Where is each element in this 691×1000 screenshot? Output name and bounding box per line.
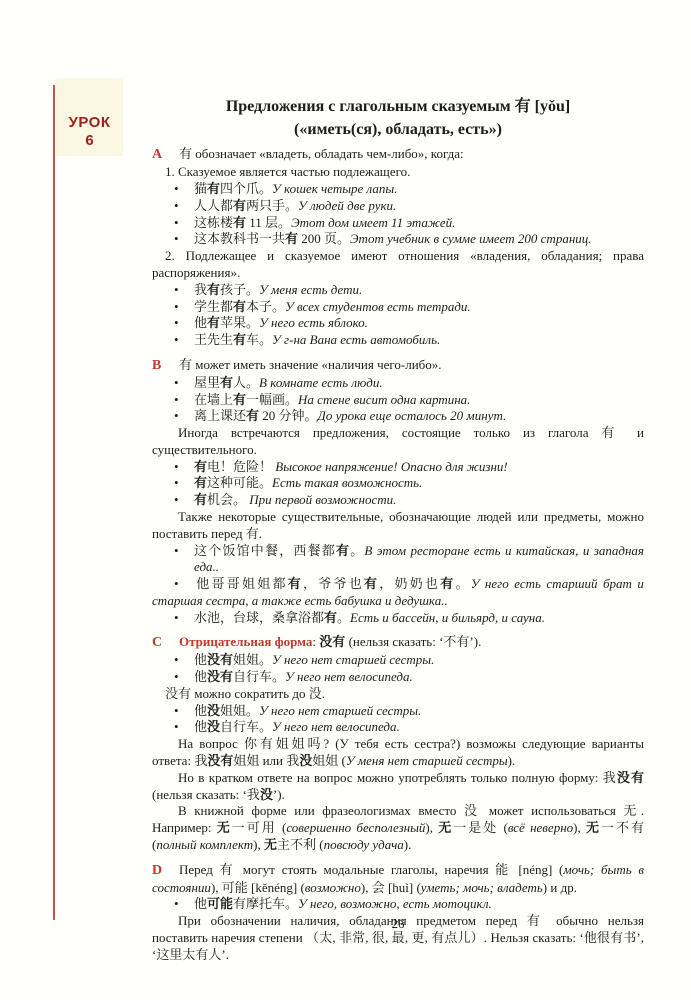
paragraph: Иногда встречаются предложения, состоящи… — [152, 425, 644, 459]
bullet-icon: • — [174, 576, 194, 593]
text-segment: ) и др. — [543, 880, 577, 895]
text-segment: 姐姐。 — [233, 652, 272, 667]
text-segment: 1. Сказуемое является частью подлежащего… — [165, 164, 410, 179]
example-bullet-item: •王先生有车。У г-на Вана есть автомобиль. — [152, 332, 644, 349]
text-segment: 这本教科书一共 — [194, 231, 285, 246]
text-segment: У него нет велосипеда. — [272, 719, 400, 734]
text-segment: 2. Подлежащее и сказуемое имеют отношени… — [152, 248, 644, 280]
text-segment: Этот дом имеет 11 этажей. — [291, 215, 455, 230]
text-segment: У него, возможно, есть мотоцикл. — [298, 896, 492, 911]
bullet-icon: • — [174, 181, 179, 198]
text-segment: 有 — [246, 408, 259, 423]
text-segment: 一可用 ( — [232, 820, 287, 835]
section-letter: D — [152, 862, 179, 880]
text-segment: В комнате есть люди. — [259, 375, 383, 390]
text-segment: У г-на Вана есть автомобиль. — [272, 332, 440, 347]
text-segment: 有 — [207, 315, 220, 330]
text-segment: 一是处 ( — [453, 820, 508, 835]
text-segment: 没有 можно сократить до 没. — [165, 686, 325, 701]
text-segment: 他 — [194, 315, 207, 330]
bullet-icon: • — [174, 459, 179, 476]
text-segment: 有 — [233, 215, 246, 230]
text-segment: ), — [253, 837, 264, 852]
page-title-line1: Предложения с глагольным сказуемым 有 [yǒ… — [226, 98, 570, 115]
example-bullet-item: •猫有四个爪。У кошек четыре лапы. — [152, 181, 644, 198]
text-segment: 有 — [207, 282, 220, 297]
lesson-label: УРОК — [69, 114, 111, 131]
lesson-tab: УРОК 6 — [56, 78, 123, 156]
bullet-icon: • — [174, 492, 179, 509]
example-bullet-item: •屋里有人。В комнате есть люди. — [152, 375, 644, 392]
example-bullet-item: •这本教科书一共有 200 页。Этот учебник в сумме име… — [152, 231, 644, 248]
text-segment: повсюду удача — [324, 837, 404, 852]
section-header-B: B有 может иметь значение «наличия чего-ли… — [152, 357, 644, 375]
text-segment: полный комплект — [156, 837, 253, 852]
text-segment: 自行车。 — [233, 669, 285, 684]
bullet-icon: • — [174, 475, 179, 492]
text-segment: У людей две руки. — [298, 198, 396, 213]
text-segment: 在墙上 — [194, 392, 233, 407]
text-segment: Есть и бассейн, и бильярд, и сауна. — [350, 610, 545, 625]
text-segment: 人。 — [233, 375, 259, 390]
bullet-icon: • — [174, 543, 179, 560]
text-segment: 水池，台球，桑拿浴都 — [194, 610, 324, 625]
bullet-icon: • — [174, 198, 179, 215]
text-segment: 他 — [194, 652, 207, 667]
text-segment: Отрицательная форма — [179, 634, 312, 649]
text-segment: 机会。 — [207, 492, 249, 507]
text-segment: 这栋楼 — [194, 215, 233, 230]
text-segment: 有 — [207, 181, 220, 196]
text-segment: 没有 — [207, 669, 233, 684]
text-segment: 有 — [233, 198, 246, 213]
text-segment: 离上课还 — [194, 408, 246, 423]
text-segment: 可能 — [207, 896, 233, 911]
text-segment: 有 — [440, 576, 455, 591]
text-segment: Но в кратком ответе на вопрос можно упот… — [178, 770, 617, 785]
text-segment: 他 — [194, 719, 207, 734]
example-bullet-item: •我有孩子。У меня есть дети. — [152, 282, 644, 299]
bullet-icon: • — [174, 703, 179, 720]
text-segment: 两只手。 — [246, 198, 298, 213]
text-segment: У всех студентов есть тетради. — [285, 299, 471, 314]
example-bullet-item: •在墙上有一幅画。На стене висит одна картина. — [152, 392, 644, 409]
text-segment: Перед 有 могут стоять модальные глаголы, … — [179, 862, 563, 877]
text-segment: 有 — [285, 231, 298, 246]
example-bullet-item: •他没有自行车。У него нет велосипеда. — [152, 669, 644, 686]
page-content: Предложения с глагольным сказуемым 有 [yǒ… — [152, 95, 644, 963]
text-segment: 无 — [264, 837, 277, 852]
bullet-icon: • — [174, 282, 179, 299]
text-segment: 有 — [336, 543, 350, 558]
text-segment: 没 — [260, 787, 273, 802]
text-segment: У меня есть дети. — [259, 282, 362, 297]
text-segment: 一幅画。 — [246, 392, 298, 407]
text-segment: 王先生 — [194, 332, 233, 347]
page-number: 26 — [152, 916, 644, 932]
bullet-icon: • — [174, 315, 179, 332]
text-segment: 有 — [233, 392, 246, 407]
text-segment: До урока еще осталось 20 минут. — [318, 408, 507, 423]
example-bullet-item: •这个饭馆中餐，西餐都有。В этом ресторане есть и кит… — [152, 543, 644, 577]
text-segment: 他 — [194, 896, 207, 911]
text-segment: 姐姐 или 我 — [233, 753, 299, 768]
text-segment: 车。 — [246, 332, 272, 347]
page-title: Предложения с глагольным сказуемым 有 [yǒ… — [152, 95, 644, 141]
text-segment: 。 — [455, 576, 470, 591]
bullet-icon: • — [174, 332, 179, 349]
example-bullet-item: •他可能有摩托车。У него, возможно, есть мотоцикл… — [152, 896, 644, 913]
text-segment: 没有 — [319, 634, 345, 649]
text-segment: 有 — [288, 576, 303, 591]
text-segment: возможно — [305, 880, 361, 895]
text-segment: 这种可能。 — [207, 475, 272, 490]
text-segment: 本子。 — [246, 299, 285, 314]
text-segment: 猫 — [194, 181, 207, 196]
text-segment: 有 — [194, 459, 207, 474]
text-segment: всё неверно — [508, 820, 573, 835]
bullet-icon: • — [174, 610, 179, 627]
text-segment: При первой возможности. — [249, 492, 396, 507]
text-segment: У меня нет старшей сестры — [346, 753, 508, 768]
text-segment: 有 — [233, 299, 246, 314]
text-segment: Есть такая возможность. — [272, 475, 422, 490]
example-bullet-item: •他有苹果。У него есть яблоко. — [152, 315, 644, 332]
paragraph: Но в кратком ответе на вопрос можно упот… — [152, 770, 644, 804]
section-header-D: DПеред 有 могут стоять модальные глаголы,… — [152, 862, 644, 897]
paragraph: Также некоторые существительные, обознач… — [152, 509, 644, 543]
example-bullet-item: •有机会。 При первой возможности. — [152, 492, 644, 509]
text-segment: 有 — [194, 475, 207, 490]
text-segment: ), 会 [huì] ( — [361, 880, 421, 895]
bullet-icon: • — [174, 669, 179, 686]
text-segment: 无 — [438, 820, 453, 835]
text-segment: ), — [573, 820, 586, 835]
text-segment: 。 — [350, 543, 364, 558]
bullet-icon: • — [174, 375, 179, 392]
text-segment: 姐姐。 — [220, 703, 259, 718]
bullet-icon: • — [174, 719, 179, 736]
bullet-icon: • — [174, 896, 179, 913]
lesson-number: 6 — [85, 132, 93, 149]
text-segment: 姐姐 ( — [312, 753, 346, 768]
text-segment: совершенно бесполезный — [286, 820, 425, 835]
paragraph: 1. Сказуемое является частью подлежащего… — [152, 164, 644, 181]
text-segment: 他 — [194, 703, 207, 718]
text-segment: ，爷爷也 — [303, 576, 364, 591]
text-segment: У него есть яблоко. — [259, 315, 368, 330]
text-segment: Иногда встречаются предложения, состоящи… — [152, 425, 644, 457]
text-segment: Также некоторые существительные, обознач… — [152, 509, 644, 541]
lesson-text-blocks: A有 обозначает «владеть, обладать чем-либ… — [152, 146, 644, 963]
text-segment: 有 — [233, 332, 246, 347]
section-letter: B — [152, 357, 179, 375]
text-segment: 200 页。 — [298, 231, 350, 246]
text-segment: У него нет старшей сестры. — [259, 703, 421, 718]
text-segment: Этот учебник в сумме имеет 200 страниц. — [350, 231, 591, 246]
text-segment: 自行车。 — [220, 719, 272, 734]
text-segment: 有 может иметь значение «наличия чего-либ… — [179, 357, 442, 372]
example-bullet-item: •有电！危险！ Высокое напряжение! Опасно для ж… — [152, 459, 644, 476]
text-segment: 没 — [207, 719, 220, 734]
text-segment: 没有 — [207, 753, 233, 768]
example-bullet-item: •水池，台球，桑拿浴都有。Есть и бассейн, и бильярд, … — [152, 610, 644, 627]
page-title-line2: («иметь(ся), обладать, есть») — [294, 121, 502, 138]
text-segment: 四个爪。 — [220, 181, 272, 196]
example-bullet-item: •这栋楼有 11 层。Этот дом имеет 11 этажей. — [152, 215, 644, 232]
text-segment: уметь; мочь; владеть — [421, 880, 543, 895]
text-segment: 孩子。 — [220, 282, 259, 297]
paragraph: 没有 можно сократить до 没. — [152, 686, 644, 703]
example-bullet-item: •有这种可能。Есть такая возможность. — [152, 475, 644, 492]
text-segment: 人人都 — [194, 198, 233, 213]
text-segment: На стене висит одна картина. — [298, 392, 470, 407]
example-bullet-item: •他哥哥姐姐都有，爷爷也有，奶奶也有。У него есть старший б… — [152, 576, 644, 610]
bullet-icon: • — [174, 392, 179, 409]
text-segment: У кошек четыре лапы. — [272, 181, 397, 196]
text-segment: ’). — [273, 787, 285, 802]
example-bullet-item: •人人都有两只手。У людей две руки. — [152, 198, 644, 215]
text-segment: 没有 — [617, 770, 644, 785]
paragraph: На вопрос 你有姐姐吗? (У тебя есть сестра?) в… — [152, 736, 644, 770]
text-segment: 无 — [217, 820, 232, 835]
textbook-page: УРОК 6 Предложения с глагольным сказуемы… — [0, 0, 691, 1000]
text-segment: Высокое напряжение! Опасно для жизни! — [275, 459, 507, 474]
section-header-A: A有 обозначает «владеть, обладать чем-либ… — [152, 146, 644, 164]
text-segment: 有 — [324, 610, 337, 625]
example-bullet-item: •他没有姐姐。У него нет старшей сестры. — [152, 652, 644, 669]
example-bullet-item: •他没自行车。У него нет велосипеда. — [152, 719, 644, 736]
text-segment: 有 обозначает «владеть, обладать чем-либо… — [179, 146, 464, 161]
section-letter: C — [152, 634, 179, 652]
text-segment: 有摩托车。 — [233, 896, 298, 911]
text-segment: ). — [404, 837, 412, 852]
text-segment: 没有 — [207, 652, 233, 667]
text-segment: 这个饭馆中餐，西餐都 — [194, 543, 336, 558]
paragraph: 2. Подлежащее и сказуемое имеют отношени… — [152, 248, 644, 282]
bullet-icon: • — [174, 231, 179, 248]
text-segment: 我 — [194, 282, 207, 297]
text-segment: 电！危险！ — [207, 459, 275, 474]
text-segment: ). — [508, 753, 516, 768]
example-bullet-item: •离上课还有 20 分钟。До урока еще осталось 20 ми… — [152, 408, 644, 425]
text-segment: 20 分钟。 — [259, 408, 318, 423]
section-header-C: CОтрицательная форма: 没有 (нельзя сказать… — [152, 634, 644, 652]
text-segment: 主不利 ( — [277, 837, 324, 852]
text-segment: У него нет велосипеда. — [285, 669, 413, 684]
bullet-icon: • — [174, 408, 179, 425]
text-segment: 有 — [364, 576, 379, 591]
section-letter: A — [152, 146, 179, 164]
text-segment: 屋里 — [194, 375, 220, 390]
text-segment: 他哥哥姐姐都 — [194, 576, 288, 591]
text-segment: 无 — [586, 820, 601, 835]
text-segment: (нельзя сказать: ‘我 — [152, 787, 260, 802]
text-segment: 有 — [220, 375, 233, 390]
example-bullet-item: •他没姐姐。У него нет старшей сестры. — [152, 703, 644, 720]
text-segment: 。 — [337, 610, 350, 625]
text-segment: 没 — [207, 703, 220, 718]
text-segment: ，奶奶也 — [379, 576, 440, 591]
bullet-icon: • — [174, 652, 179, 669]
paragraph: В книжной форме или фразеологизмах вмест… — [152, 803, 644, 853]
text-segment: ), 可能 [kěnéng] ( — [211, 880, 305, 895]
text-segment: (нельзя сказать: ‘不有’). — [345, 634, 481, 649]
text-segment: 11 层。 — [246, 215, 291, 230]
bullet-icon: • — [174, 299, 179, 316]
text-segment: 苹果。 — [220, 315, 259, 330]
bullet-icon: • — [174, 215, 179, 232]
text-segment: 有 — [194, 492, 207, 507]
text-segment: 没 — [299, 753, 312, 768]
text-segment: 他 — [194, 669, 207, 684]
text-segment: 学生都 — [194, 299, 233, 314]
text-segment: ), — [425, 820, 438, 835]
example-bullet-item: •学生都有本子。У всех студентов есть тетради. — [152, 299, 644, 316]
lesson-margin-rule — [53, 85, 55, 920]
text-segment: У него нет старшей сестры. — [272, 652, 434, 667]
